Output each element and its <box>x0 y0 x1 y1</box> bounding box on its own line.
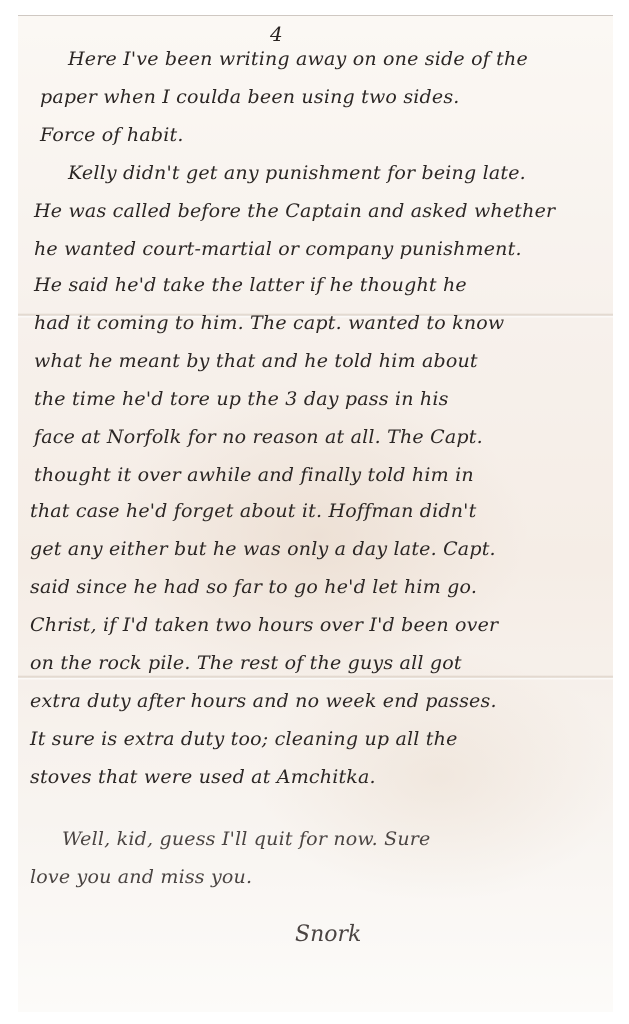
letter-line: get any either but he was only a day lat… <box>30 538 496 560</box>
letter-line: love you and miss you. <box>30 866 252 888</box>
letter-line: Kelly didn't get any punishment for bein… <box>68 162 526 184</box>
letter-line: Here I've been writing away on one side … <box>68 48 528 70</box>
letter-line: He said he'd take the latter if he thoug… <box>34 274 467 296</box>
page-number: 4 <box>270 22 283 46</box>
letter-line: said since he had so far to go he'd let … <box>30 576 477 598</box>
signature: Snork <box>295 922 361 947</box>
letter-line: he wanted court-martial or company punis… <box>34 238 522 260</box>
letter-line: the time he'd tore up the 3 day pass in … <box>34 388 449 410</box>
letter-line: face at Norfolk for no reason at all. Th… <box>34 426 483 448</box>
letter-line: on the rock pile. The rest of the guys a… <box>30 652 462 674</box>
paper-fold-line <box>18 675 613 680</box>
letter-line: It sure is extra duty too; cleaning up a… <box>30 728 458 750</box>
letter-line: Well, kid, guess I'll quit for now. Sure <box>62 828 430 850</box>
letter-line: extra duty after hours and no week end p… <box>30 690 497 712</box>
letter-line: Force of habit. <box>40 124 184 146</box>
letter-line: had it coming to him. The capt. wanted t… <box>34 312 504 334</box>
letter-line: that case he'd forget about it. Hoffman … <box>30 500 476 522</box>
letter-line: thought it over awhile and finally told … <box>34 464 474 486</box>
letter-line: stoves that were used at Amchitka. <box>30 766 376 788</box>
letter-line: what he meant by that and he told him ab… <box>34 350 478 372</box>
letter-line: paper when I coulda been using two sides… <box>40 86 460 108</box>
letter-line: Christ, if I'd taken two hours over I'd … <box>30 614 498 636</box>
letter-line: He was called before the Captain and ask… <box>34 200 555 222</box>
